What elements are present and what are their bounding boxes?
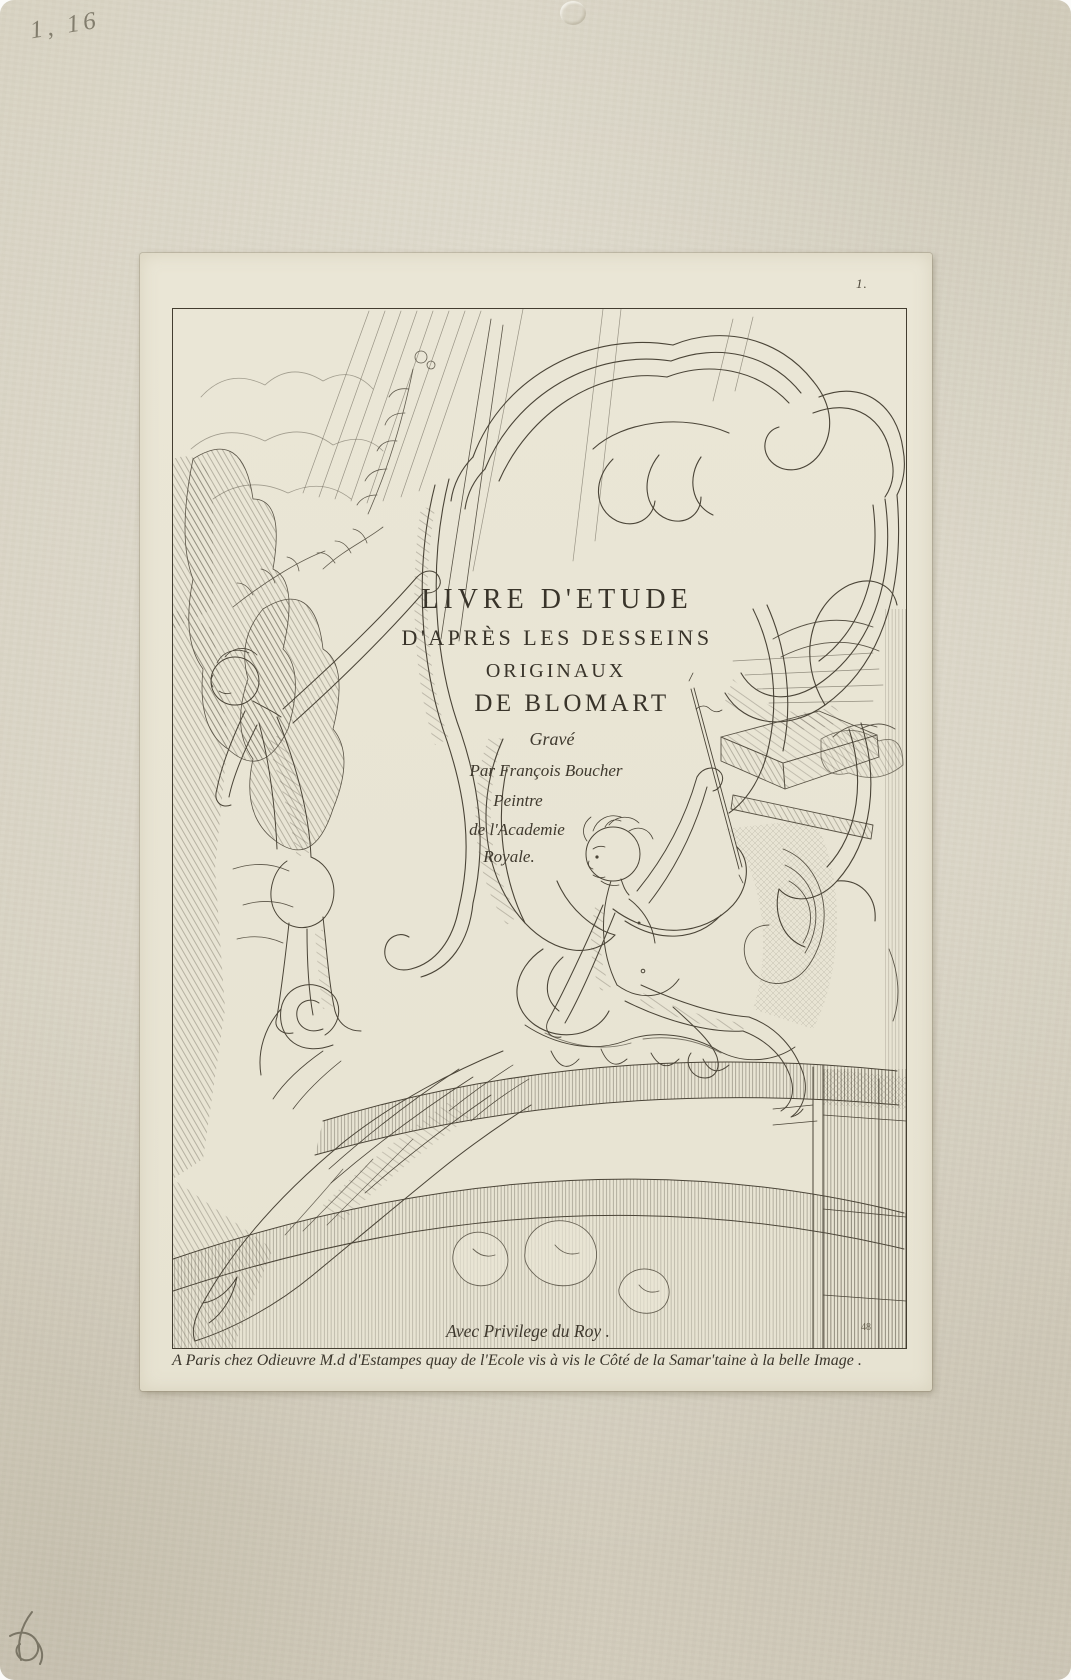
pencil-inscription-top-left: 1, 16: [28, 7, 102, 46]
trees-left: [173, 319, 503, 1179]
porte-crayon: [691, 688, 742, 869]
credit-line-grave: Gravé: [530, 729, 575, 750]
credit-line-academie: de l'Academie: [469, 820, 565, 840]
collector-monogram-mark: [4, 1606, 48, 1668]
credit-line-boucher: Par François Boucher: [470, 761, 623, 781]
scanned-print-sheet: 1, 16 1.: [0, 0, 1071, 1680]
publisher-line: A Paris chez Odieuvre M.d d'Estampes qua…: [172, 1352, 862, 1370]
credit-line-royale: Royale.: [483, 847, 534, 867]
privilege-line: Avec Privilege du Roy .: [446, 1321, 610, 1342]
corner-number: 48: [861, 1322, 871, 1333]
plate-number: 1.: [856, 276, 868, 292]
blind-stamp-icon: [560, 1, 586, 25]
credit-line-peintre: Peintre: [493, 791, 542, 811]
title-line-3: ORIGINAUX: [486, 660, 626, 683]
title-line-2: D'APRÈS LES DESSEINS: [401, 625, 712, 651]
title-line-1: LIVRE D'ETUDE: [421, 584, 692, 616]
title-line-4: DE BLOMART: [474, 690, 669, 718]
stone-arch: [173, 1062, 906, 1348]
sky-streaks: [303, 309, 753, 571]
